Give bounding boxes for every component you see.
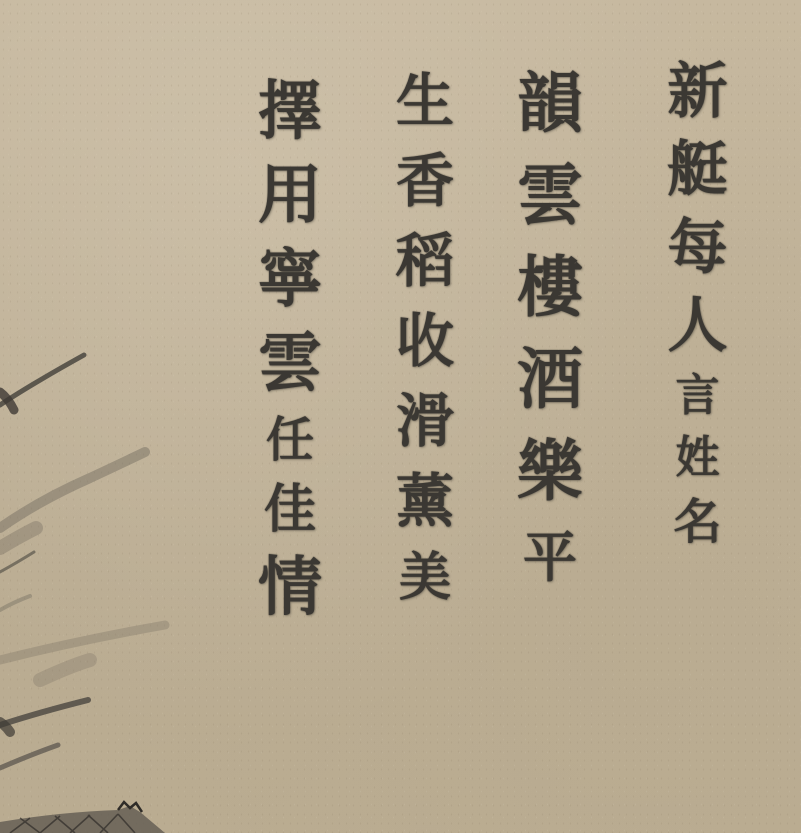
inscription-char: 平 — [523, 530, 577, 584]
inscription-char: 言 — [676, 374, 720, 418]
inscription-char: 收 — [396, 312, 454, 370]
inscription-char: 每 — [668, 218, 728, 278]
inscription-char: 姓 — [676, 436, 720, 480]
inscription-char: 生 — [396, 72, 454, 130]
inscription-char: 雲 — [258, 332, 322, 396]
inscription-char: 滑 — [396, 392, 454, 450]
inscription-char: 艇 — [668, 140, 728, 200]
inscription-char: 人 — [668, 296, 728, 356]
inscription-char: 韻 — [517, 70, 583, 136]
inscription-char: 酒 — [517, 346, 583, 412]
inscription-char: 用 — [258, 164, 322, 228]
inscription-char: 寧 — [258, 248, 322, 312]
inscription-column-3: 生 香 稻 收 滑 薰 美 — [380, 72, 470, 604]
inscription-column-1: 新 艇 每 人 言 姓 名 — [650, 62, 745, 546]
inscription-char: 薰 — [396, 472, 454, 530]
inscription-char: 雲 — [517, 162, 583, 228]
inscription-char: 稻 — [396, 232, 454, 290]
inscription-char: 樓 — [517, 254, 583, 320]
inscription-char: 情 — [258, 556, 322, 620]
inscription-char: 新 — [668, 62, 728, 122]
inscription-column-4: 擇 用 寧 雲 任 佳 情 — [240, 80, 340, 620]
inscription-char: 擇 — [258, 80, 322, 144]
inscription-char: 香 — [396, 152, 454, 210]
inscription-char: 樂 — [517, 438, 583, 504]
inscription-char: 佳 — [264, 484, 316, 536]
inscription-char: 美 — [399, 552, 451, 604]
inscription-char: 名 — [673, 498, 721, 546]
inscription-char: 任 — [266, 416, 314, 464]
inscription-column-2: 韻 雲 樓 酒 樂 平 — [500, 70, 600, 584]
